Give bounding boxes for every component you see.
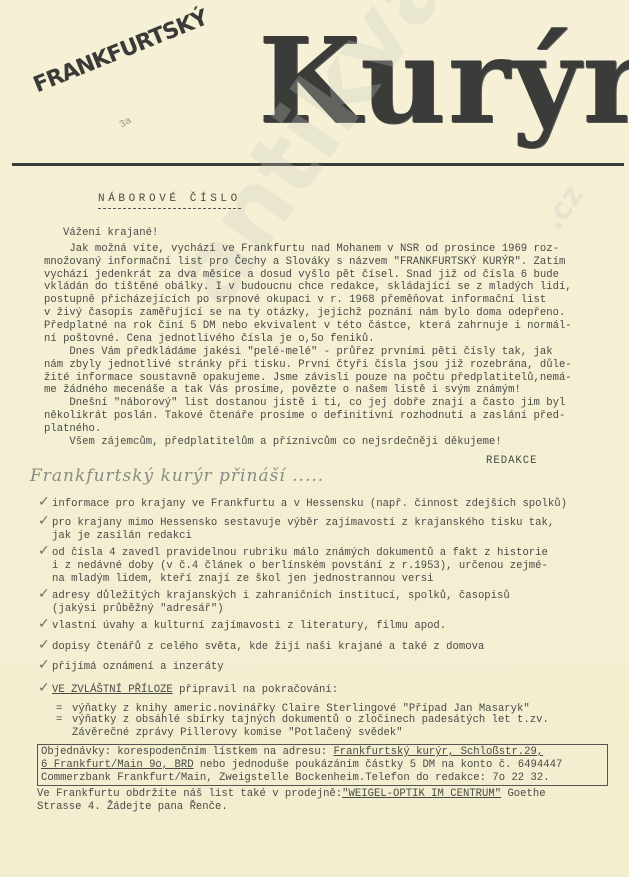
masthead-subtitle: FRANKFURTSKÝ	[30, 6, 211, 99]
orders-payment: nebo jednoduše poukázáním částky 5 DM na…	[194, 759, 563, 771]
checkmark-icon: ✓	[38, 639, 50, 652]
checkmark-icon: ✓	[38, 515, 50, 528]
supplement-heading: ✓VE ZVLÁŠTNÍ PŘÍLOZE připravil na pokrač…	[52, 684, 338, 697]
checkmark-icon: ✓	[38, 496, 50, 509]
document-page: FRANKFURTSKÝ 3a Kurýr antikvariat .cz NÁ…	[0, 0, 629, 877]
checkmark-icon: ✓	[38, 618, 50, 631]
offering-item: ✓vlastní úvahy a kulturní zajímavosti z …	[52, 620, 446, 633]
checkmark-icon: ✓	[38, 588, 50, 601]
checkmark-icon: ✓	[38, 682, 50, 695]
orders-bank: Commerzbank Frankfurt/Main, Zweigstelle …	[41, 772, 550, 784]
checkmark-icon: ✓	[38, 659, 50, 672]
page-heading: NÁBOROVÉ ČÍSLO	[98, 193, 241, 209]
orders-prefix: Objednávky: korespodenčním lístkem na ad…	[41, 746, 333, 758]
supplement-label: VE ZVLÁŠTNÍ PŘÍLOZE	[52, 684, 173, 696]
offering-item: ✓pro krajany mimo Hessensko sestavuje vý…	[52, 517, 554, 543]
offering-item: ✓dopisy čtenářů z celého světa, kde žijí…	[52, 641, 484, 654]
paragraph: Všem zájemcům, předplatitelům a příznivc…	[44, 436, 604, 449]
orders-city: 6 Frankfurt/Main 9o, BRD	[41, 759, 194, 771]
footer-prefix: Ve Frankfurtu obdržíte náš list také v p…	[37, 788, 342, 800]
greeting: Vážení krajané!	[63, 227, 158, 240]
pencil-note: 3a	[118, 116, 134, 132]
offering-item: ✓adresy důležitých krajanských i zahrani…	[52, 590, 510, 616]
paragraph: Jak možná víte, vychází ve Frankfurtu na…	[44, 243, 604, 345]
orders-address: Frankfurtský kurýr, Schloßstr.29,	[333, 746, 543, 758]
offering-item: ✓informace pro krajany ve Frankfurtu a v…	[52, 498, 567, 511]
shop-name: "WEIGEL-OPTIK IM CENTRUM"	[342, 788, 501, 800]
signature: REDAKCE	[486, 455, 538, 468]
footer-suffix: Goethe	[501, 788, 546, 800]
masthead-divider	[12, 163, 624, 166]
offering-item: ✓přijímá oznámení a inzeráty	[52, 661, 224, 674]
paragraph: Dnes Vám předkládáme jakési "pelé-melé" …	[44, 346, 604, 397]
paragraph: Dnešní "náborový" list dostanou jistě i …	[44, 397, 604, 435]
footer-note: Ve Frankfurtu obdržíte náš list také v p…	[37, 788, 546, 814]
checkmark-icon: ✓	[38, 545, 50, 558]
supplement-item: =výňatky z obsáhlé sbírky tajných dokume…	[72, 714, 549, 740]
offering-item: ✓od čísla 4 zavedl pravidelnou rubriku m…	[52, 547, 548, 585]
orders-box: Objednávky: korespodenčním lístkem na ad…	[37, 744, 608, 786]
masthead-title: Kurýr	[258, 22, 629, 140]
watermark-domain: .cz	[536, 178, 591, 236]
equals-bullet-icon: =	[56, 714, 62, 727]
masthead: FRANKFURTSKÝ 3a Kurýr	[0, 0, 629, 165]
footer-line2: Strasse 4. Žádejte pana Řenče.	[37, 801, 228, 813]
handwritten-heading: Frankfurtský kurýr přináší .....	[30, 470, 324, 483]
